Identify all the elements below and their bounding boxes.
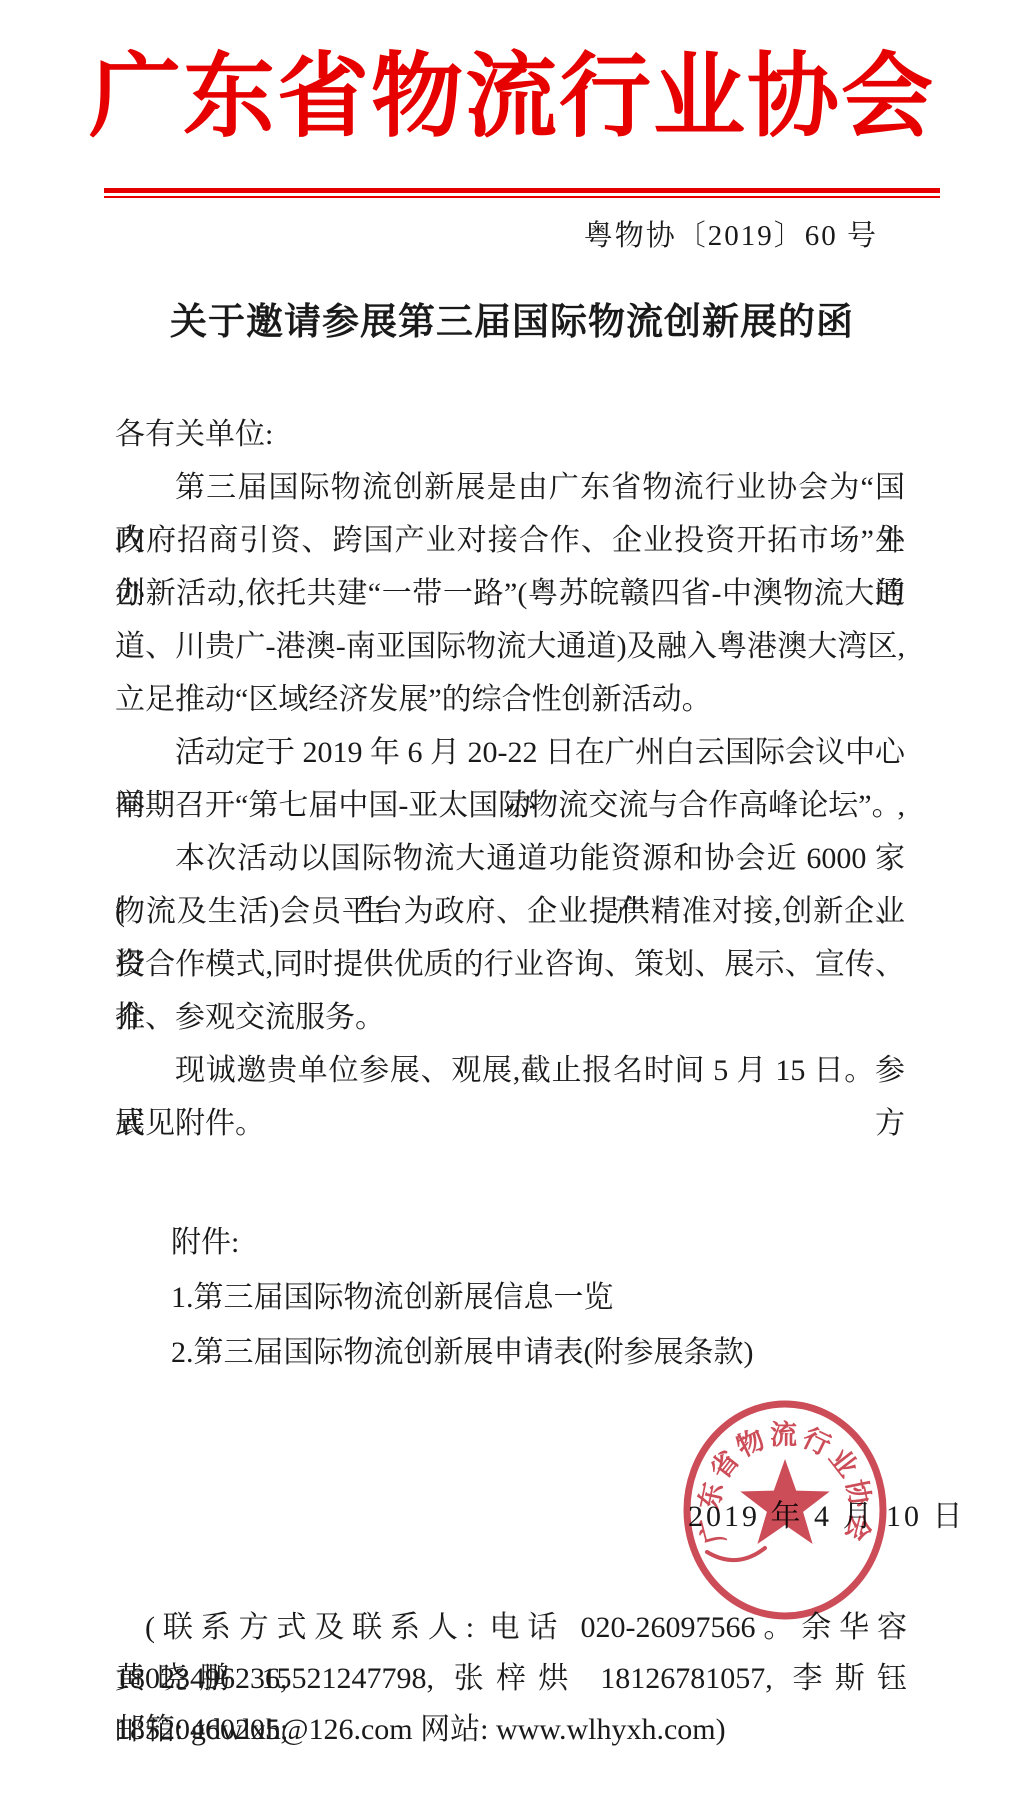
body-line: 物流及生活)会员平台为政府、企业提供精准对接,创新企业投 [115, 885, 905, 938]
official-seal: 广东省物流行业协会 [681, 1398, 889, 1622]
contact-line: 黄晓鹏 15521247798, 张梓烘 18126781057, 李斯钰 18… [115, 1653, 907, 1704]
letter-body: 各有关单位: 第三届国际物流创新展是由广东省物流行业协会为“国内外 政府招商引资… [115, 408, 905, 1150]
letter-title: 关于邀请参展第三届国际物流创新展的函 [0, 298, 1024, 348]
attachments-label: 附件: [115, 1215, 905, 1270]
body-line: 创新活动,依托共建“一带一路”(粤苏皖赣四省-中澳物流大通 [115, 567, 905, 620]
letter-page: 广东省物流行业协会 粤物协〔2019〕60 号 关于邀请参展第三届国际物流创新展… [0, 0, 1024, 1818]
body-line: 政府招商引资、跨国产业对接合作、企业投资开拓市场”主办的 [115, 514, 905, 567]
body-line: 同期召开“第七届中国-亚太国际物流交流与合作高峰论坛”。 [115, 779, 905, 832]
body-line: 现诚邀贵单位参展、观展,截止报名时间 5 月 15 日。参展方 [115, 1044, 905, 1097]
body-line: 介、参观交流服务。 [115, 991, 905, 1044]
attachment-item-2: 2.第三届国际物流创新展申请表(附参展条款) [115, 1325, 905, 1380]
body-line: 资合作模式,同时提供优质的行业咨询、策划、展示、宣传、推 [115, 938, 905, 991]
attachments-section: 附件: 1.第三届国际物流创新展信息一览 2.第三届国际物流创新展申请表(附参展… [115, 1215, 905, 1380]
seal-flourish [707, 1548, 765, 1560]
body-line: 各有关单位: [115, 408, 905, 461]
body-line: 第三届国际物流创新展是由广东省物流行业协会为“国内外 [115, 461, 905, 514]
body-line: 立足推动“区域经济发展”的综合性创新活动。 [115, 673, 905, 726]
body-line: 本次活动以国际物流大通道功能资源和协会近 6000 家(生产、 [115, 832, 905, 885]
contact-line: 邮箱: gdwlxh@126.com 网站: www.wlhyxh.com) [115, 1704, 907, 1755]
attachment-item-1: 1.第三届国际物流创新展信息一览 [115, 1270, 905, 1325]
body-line: 活动定于 2019 年 6 月 20-22 日在广州白云国际会议中心举办, [115, 726, 905, 779]
contact-line: (联系方式及联系人: 电话 020-26097566。余华容 180234962… [115, 1602, 907, 1653]
document-number: 粤物协〔2019〕60 号 [584, 216, 878, 256]
header-divider-rule [104, 188, 940, 198]
star-icon [740, 1459, 829, 1544]
contact-section: (联系方式及联系人: 电话 020-26097566。余华容 180234962… [115, 1602, 907, 1755]
body-line: 道、川贵广-港澳-南亚国际物流大通道)及融入粤港澳大湾区, [115, 620, 905, 673]
seal-graphic: 广东省物流行业协会 [681, 1398, 889, 1622]
org-name-header: 广东省物流行业协会 [0, 42, 1024, 152]
